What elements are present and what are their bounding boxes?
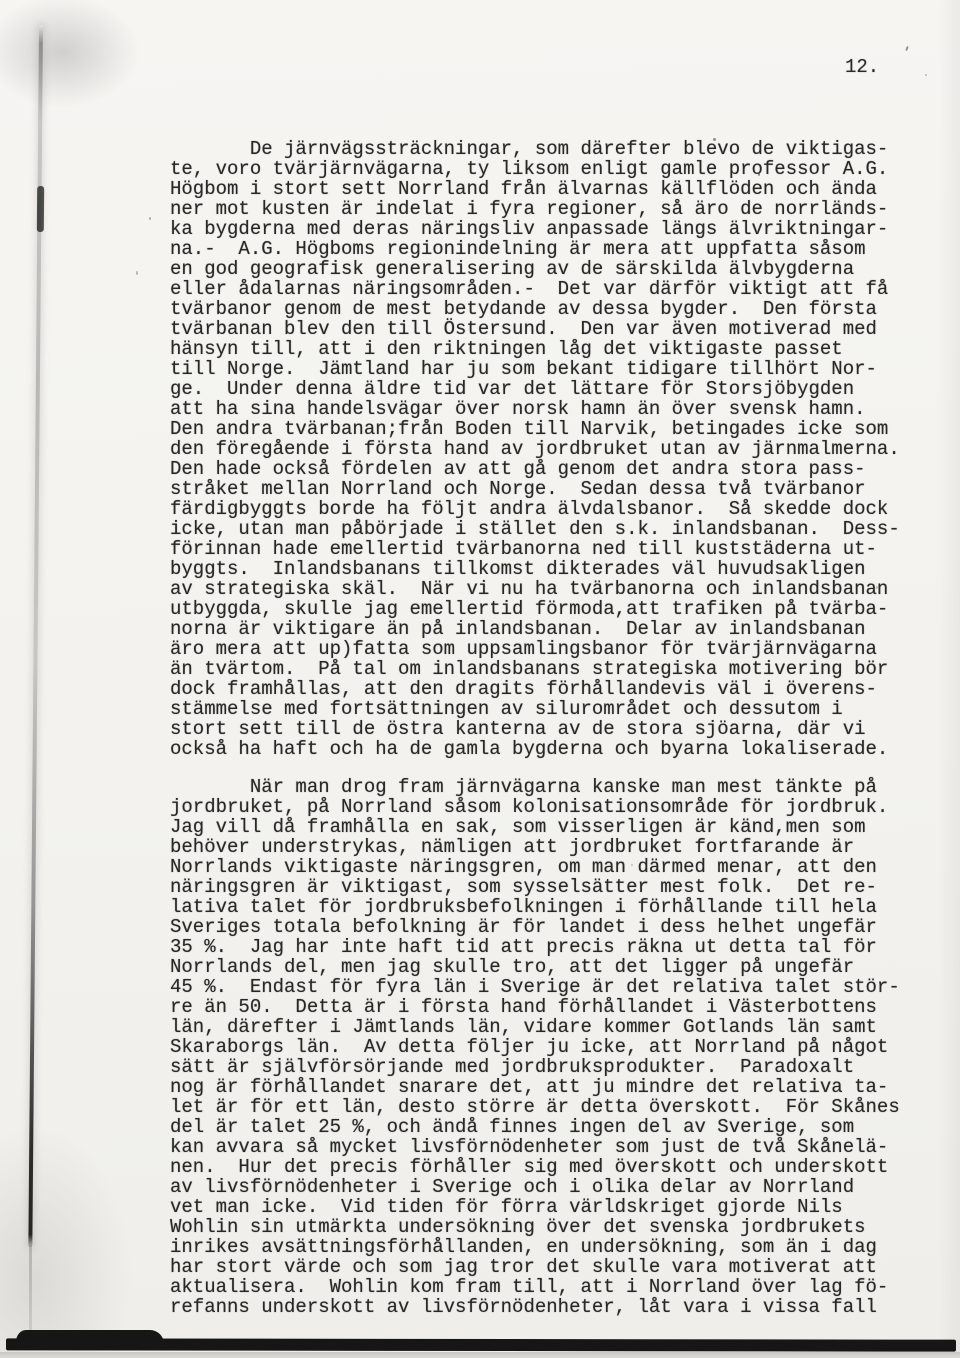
- paragraph-railways: De järnvägssträckningar, som därefter bl…: [170, 139, 900, 759]
- page-number: 12.: [845, 57, 879, 77]
- scan-speck: [136, 271, 138, 275]
- scan-bottom-edge-bump: [16, 1330, 164, 1346]
- scan-speck: [149, 217, 151, 220]
- scan-speck: [905, 46, 909, 51]
- paragraph-agriculture: När man drog fram järnvägarna kanske man…: [170, 777, 900, 1317]
- scan-speck: [876, 586, 878, 589]
- scan-binding-line-faint: [29, 1245, 32, 1337]
- scan-bottom-strip: [0, 1352, 960, 1358]
- scan-speck: [631, 864, 633, 866]
- scan-binding-mark: [37, 186, 44, 232]
- scan-speck: [713, 138, 716, 141]
- document-body: De järnvägssträckningar, som därefter bl…: [170, 139, 900, 1317]
- scanned-document-page: 12. De järnvägssträckningar, som därefte…: [0, 0, 960, 1358]
- scan-speck: [758, 172, 760, 176]
- scan-speck: [925, 74, 927, 76]
